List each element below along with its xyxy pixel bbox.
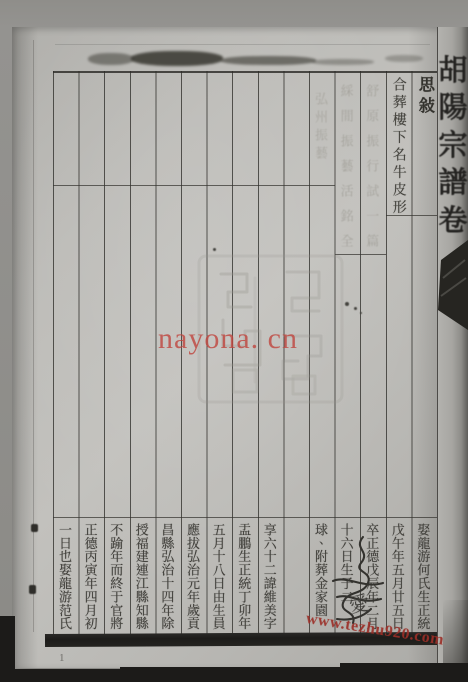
spine-char: 卷 [438, 206, 467, 236]
ink-smudge [385, 55, 423, 62]
record-column: 昌縣弘治十四年除 [160, 523, 173, 630]
header-column: 綵閒振藝活銘全 [340, 84, 353, 259]
dust-speck [354, 307, 357, 310]
scan-bed-edge [0, 616, 15, 682]
row-divider-bottom-section [53, 517, 437, 518]
ink-smudge [88, 53, 134, 65]
dust-speck [345, 302, 349, 306]
record-column: 應拔弘治元年歲貢 [186, 523, 199, 630]
record-column: 一日也娶龍游范氏 [58, 523, 71, 630]
spine-char: 胡 [438, 56, 467, 86]
margin-mark [31, 524, 38, 532]
spine-shadow-wedge [437, 238, 468, 338]
record-column: 享六十二諱維美字 [263, 523, 276, 630]
header-column: 弘州振藝 [314, 92, 327, 164]
spine-corner-shadow [443, 600, 468, 668]
header-column: 思敍 [416, 76, 432, 118]
record-column: 不踰年而終于官將 [109, 523, 122, 630]
record-column: 五月十八日由生員 [212, 523, 225, 630]
handwritten-char: 愛 [347, 587, 371, 619]
record-column: 戊午年五月廿五日 [391, 523, 404, 630]
header-column: 合葬樓下名牛皮形 [391, 77, 405, 217]
header-column: 舒原振行試一篇 [365, 84, 378, 259]
dust-speck [213, 248, 216, 251]
page-number-mark: 1 [59, 652, 65, 664]
ink-smudge [221, 56, 316, 65]
watermark-center: nayona. cn [158, 322, 298, 356]
record-column: 盂鵬生正統丁卯年 [237, 523, 250, 630]
record-column: 授福建連江縣知縣 [135, 523, 148, 630]
scan-bed-edge [120, 667, 360, 682]
spine-char: 宗 [438, 131, 467, 161]
binding-edge-shadow [12, 27, 38, 668]
dust-speck [360, 312, 362, 314]
spine-char: 譜 [438, 168, 467, 198]
record-column: 正德丙寅年四月初 [84, 523, 97, 630]
record-column: 娶龍游何氏生正統 [416, 523, 429, 630]
spine-char: 陽 [438, 93, 467, 123]
spine-title: 胡陽宗譜卷 [438, 56, 468, 236]
ink-smudge [131, 51, 223, 66]
paper-crease [55, 44, 430, 45]
scan-bed-edge [340, 663, 468, 682]
scanned-genealogy-page: 胡陽宗譜卷 思敍合葬樓下名牛皮形舒原振行試一篇綵閒振藝活銘全弘州振藝娶龍游何氏生… [0, 0, 468, 682]
ink-smudge [312, 59, 374, 65]
fold-crease [33, 40, 34, 632]
margin-mark [29, 585, 36, 594]
row-divider-left [53, 185, 335, 186]
